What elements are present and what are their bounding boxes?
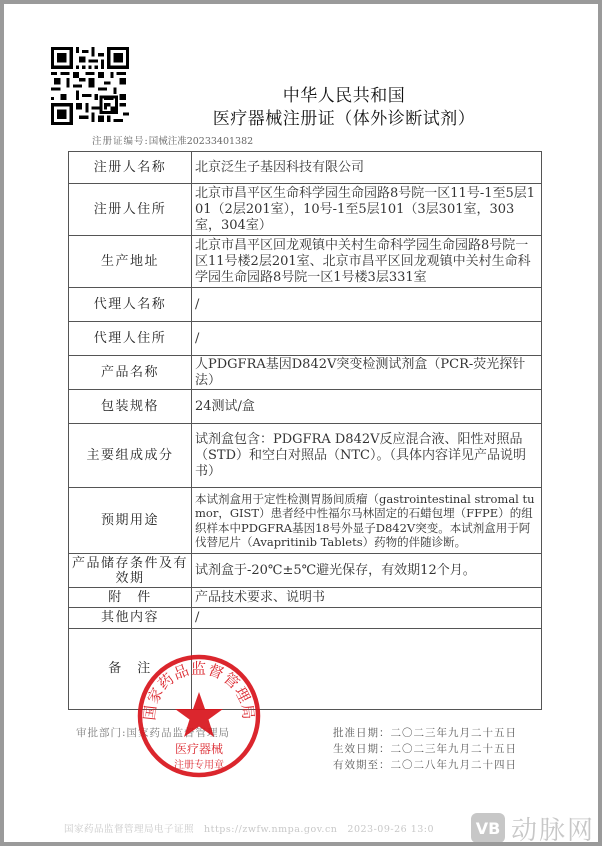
row-label: 其他内容 [69, 608, 192, 629]
approval-department-label: 审批部门: [76, 727, 127, 739]
certificate-number-value: 国械注准20233401382 [149, 136, 254, 147]
table-row: 产品储存条件及有效期 试剂盒于-20℃±5℃避光保存，有效期12个月。 [69, 554, 542, 588]
other-content: / [192, 608, 542, 629]
row-label: 代理人住所 [69, 322, 192, 356]
certificate-number: 注册证编号:国械注准20233401382 [92, 133, 253, 147]
main-components: 试剂盒包含：PDGFRA D842V反应混合液、阳性对照品（STD）和空白对照品… [192, 424, 542, 488]
row-label: 附 件 [69, 588, 192, 608]
row-label: 产品储存条件及有效期 [69, 554, 192, 588]
certificate-page: 中华人民共和国 医疗器械注册证（体外诊断试剂） 注册证编号:国械注准202334… [4, 4, 598, 842]
row-label: 注册人名称 [69, 152, 192, 184]
seal-line2: 注册专用章 [174, 758, 224, 771]
table-row: 代理人名称 / [69, 288, 542, 322]
expiry-date: 有效期至：二〇二八年九月二十四日 [333, 757, 517, 773]
table-row: 其他内容 / [69, 608, 542, 629]
electronic-certificate-footer: 国家药品监督管理局电子证照https://zwfw.nmpa.gov.cn202… [64, 821, 444, 835]
watermark-text: 动脉网 [511, 810, 595, 846]
qr-code [51, 44, 129, 128]
approval-dates: 批准日期：二〇二三年九月二十五日 生效日期：二〇二三年九月二十五日 有效期至：二… [333, 725, 517, 773]
registration-table: 注册人名称 北京泛生子基因科技有限公司 注册人住所 北京市昌平区生命科学园生命园… [68, 151, 542, 710]
storage-conditions: 试剂盒于-20℃±5℃避光保存，有效期12个月。 [192, 554, 542, 588]
row-label: 产品名称 [69, 356, 192, 390]
row-label: 包装规格 [69, 390, 192, 424]
certificate-number-label: 注册证编号: [92, 136, 149, 147]
table-row: 包装规格 24测试/盒 [69, 390, 542, 424]
row-label: 生产地址 [69, 236, 192, 288]
row-label: 注册人住所 [69, 184, 192, 236]
table-row: 附 件 产品技术要求、说明书 [69, 588, 542, 608]
table-row: 生产地址 北京市昌平区回龙观镇中关村生命科学园生命园路8号院一区11号楼2层20… [69, 236, 542, 288]
package-spec: 24测试/盒 [192, 390, 542, 424]
country-title: 中华人民共和国 [154, 81, 534, 106]
table-row: 主要组成成分 试剂盒包含：PDGFRA D842V反应混合液、阳性对照品（STD… [69, 424, 542, 488]
production-address: 北京市昌平区回龙观镇中关村生命科学园生命园路8号院一区11号楼2层201室、北京… [192, 236, 542, 288]
row-label: 预期用途 [69, 488, 192, 554]
table-row: 代理人住所 / [69, 322, 542, 356]
row-label: 主要组成成分 [69, 424, 192, 488]
product-name: 人PDGFRA基因D842V突变检测试剂盒（PCR-荧光探针法） [192, 356, 542, 390]
intended-use: 本试剂盒用于定性检测胃肠间质瘤（gastrointestinal stromal… [192, 488, 542, 554]
footer-issuer: 国家药品监督管理局电子证照 [64, 824, 194, 835]
watermark-logo-icon: VB [471, 813, 505, 843]
approval-date: 批准日期：二〇二三年九月二十五日 [333, 725, 517, 741]
registrant-name: 北京泛生子基因科技有限公司 [192, 152, 542, 184]
row-label: 代理人名称 [69, 288, 192, 322]
footer-url[interactable]: https://zwfw.nmpa.gov.cn [204, 824, 337, 835]
registrant-address: 北京市昌平区生命科学园生命园路8号院一区11号-1至5层101（2层201室），… [192, 184, 542, 236]
seal-line1: 医疗器械 [175, 741, 223, 756]
table-row: 注册人名称 北京泛生子基因科技有限公司 [69, 152, 542, 184]
footer-timestamp: 2023-09-26 13:0 [347, 824, 434, 835]
table-row: 产品名称 人PDGFRA基因D842V突变检测试剂盒（PCR-荧光探针法） [69, 356, 542, 390]
table-row: 注册人住所 北京市昌平区生命科学园生命园路8号院一区11号-1至5层101（2层… [69, 184, 542, 236]
table-row: 预期用途 本试剂盒用于定性检测胃肠间质瘤（gastrointestinal st… [69, 488, 542, 554]
agent-address: / [192, 322, 542, 356]
effective-date: 生效日期：二〇二三年九月二十五日 [333, 741, 517, 757]
official-seal-icon: 国家药品监督管理局 医疗器械 注册专用章 [135, 652, 263, 780]
certificate-title: 医疗器械注册证（体外诊断试剂） [154, 104, 534, 129]
watermark: VB 动脉网 [471, 812, 595, 844]
attachments: 产品技术要求、说明书 [192, 588, 542, 608]
agent-name: / [192, 288, 542, 322]
